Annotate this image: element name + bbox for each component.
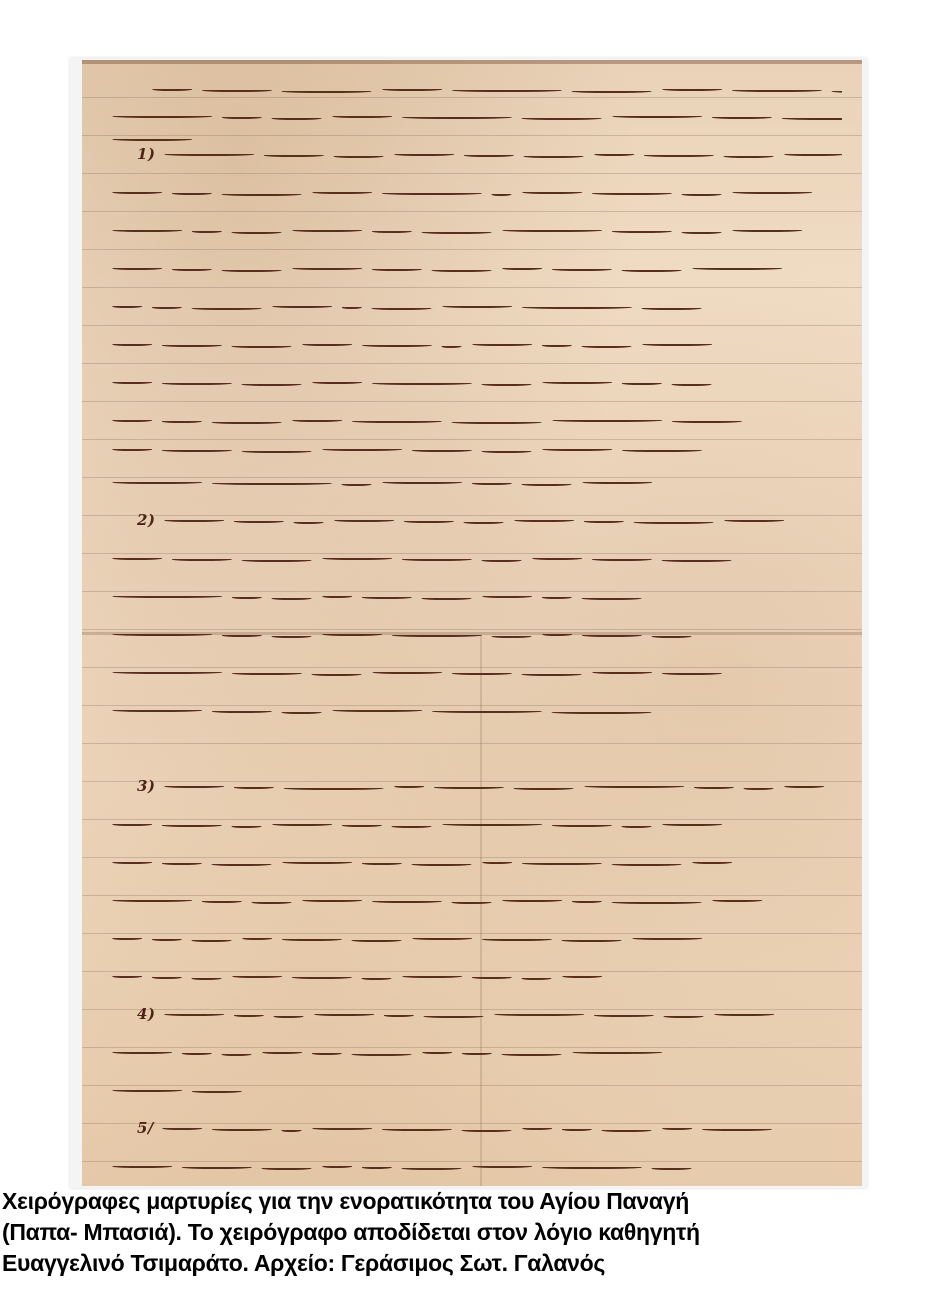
handwriting-word [393, 152, 454, 156]
handwriting-word [361, 861, 402, 865]
handwriting-word [442, 822, 543, 826]
handwriting-word [461, 1051, 492, 1055]
handwriting-word [112, 708, 203, 712]
handwritten-line [112, 663, 842, 689]
handwriting-word [412, 936, 473, 940]
handwriting-word [611, 229, 672, 233]
handwriting-word [241, 558, 312, 562]
handwriting-word [322, 1164, 353, 1168]
handwriting-word [671, 382, 712, 386]
handwritten-line [112, 967, 842, 993]
handwriting-word [312, 380, 363, 384]
handwriting-word [282, 786, 383, 790]
handwriting-word [491, 634, 532, 638]
handwriting-word [781, 116, 842, 120]
handwriting-word [731, 88, 822, 92]
handwriting-word [322, 556, 393, 560]
handwriting-word [292, 520, 323, 524]
handwriting-word [171, 267, 212, 271]
handwriting-word [332, 154, 383, 158]
handwritten-line [112, 815, 842, 841]
handwriting-word [712, 898, 763, 902]
handwriting-word [512, 786, 573, 790]
handwriting-word [401, 557, 472, 561]
handwriting-word [151, 305, 182, 309]
section-marker: 3) [137, 777, 156, 795]
handwritten-line [112, 297, 842, 323]
handwriting-word [112, 822, 153, 826]
handwriting-word [601, 1128, 652, 1132]
handwritten-line: 1) [137, 145, 842, 171]
handwriting-word [521, 672, 582, 676]
handwriting-word [151, 975, 182, 979]
handwriting-word [231, 595, 262, 599]
handwriting-word [372, 670, 443, 674]
handwritten-line [112, 411, 842, 437]
handwriting-word [391, 633, 482, 637]
handwriting-word [351, 938, 402, 942]
manuscript-image: 1)2)3)4)5/ [82, 60, 862, 1186]
handwriting-word [281, 710, 322, 714]
handwriting-word [371, 267, 422, 271]
handwriting-word [191, 306, 262, 310]
handwriting-word [112, 228, 183, 232]
handwriting-word [461, 1128, 512, 1132]
handwriting-word [231, 671, 302, 675]
handwriting-word [322, 632, 383, 636]
handwriting-word [562, 974, 603, 978]
handwriting-word [162, 1126, 203, 1130]
handwriting-word [541, 1165, 642, 1169]
section-marker: 1) [137, 145, 156, 163]
handwriting-word [262, 1050, 303, 1054]
handwriting-word [521, 976, 552, 980]
handwritten-line: 2) [137, 511, 842, 537]
handwriting-word [163, 152, 254, 156]
handwriting-word [463, 153, 514, 157]
handwriting-word [641, 306, 702, 310]
handwriting-word [621, 448, 702, 452]
handwriting-word [402, 974, 463, 978]
handwriting-word [651, 1166, 692, 1170]
handwriting-word [382, 480, 463, 484]
handwriting-word [361, 595, 412, 599]
handwriting-word [341, 823, 382, 827]
handwritten-line [112, 259, 842, 285]
handwriting-word [161, 823, 222, 827]
handwritten-line [112, 549, 842, 575]
handwriting-word [371, 899, 442, 903]
handwriting-word [311, 672, 362, 676]
handwriting-word [612, 114, 703, 118]
handwriting-word [431, 268, 492, 272]
handwriting-word [421, 596, 472, 600]
handwriting-word [291, 975, 352, 979]
handwriting-word [472, 342, 533, 346]
handwriting-word [112, 266, 163, 270]
handwriting-word [161, 343, 222, 347]
handwriting-word [163, 784, 224, 788]
handwriting-word [582, 480, 653, 484]
handwriting-word [583, 784, 684, 788]
handwriting-word [261, 1166, 312, 1170]
handwriting-word [542, 447, 613, 451]
handwriting-word [181, 1051, 212, 1055]
handwritten-line [112, 373, 842, 399]
handwriting-word [191, 1089, 242, 1093]
handwriting-word [191, 938, 232, 942]
handwritten-line [112, 221, 842, 247]
handwriting-word [621, 381, 662, 385]
handwriting-word [442, 304, 513, 308]
handwritten-line: 4) [137, 1005, 842, 1031]
handwriting-word [593, 1013, 654, 1017]
handwriting-word [611, 862, 682, 866]
handwriting-word [501, 1052, 562, 1056]
handwriting-word [371, 229, 412, 233]
handwriting-word [662, 1126, 693, 1130]
handwriting-word [112, 114, 213, 118]
handwriting-word [521, 305, 632, 309]
handwriting-word [351, 419, 442, 423]
handwriting-word [783, 784, 824, 788]
handwriting-word [151, 937, 182, 941]
handwriting-word [201, 899, 242, 903]
handwriting-word [382, 87, 443, 91]
handwriting-word [272, 822, 333, 826]
handwriting-word [292, 228, 363, 232]
handwriting-word [371, 381, 472, 385]
handwriting-word [621, 268, 682, 272]
handwriting-word [471, 975, 512, 979]
handwriting-word [481, 937, 552, 941]
handwriting-word [272, 304, 333, 308]
handwriting-word [593, 152, 634, 156]
handwriting-word [541, 343, 572, 347]
handwriting-word [112, 1164, 173, 1168]
handwriting-word [221, 633, 262, 637]
handwriting-word [722, 154, 773, 158]
handwriting-word [491, 192, 512, 196]
handwriting-word [521, 861, 602, 865]
handwriting-word [482, 594, 533, 598]
handwriting-word [451, 88, 562, 92]
handwriting-word [241, 449, 312, 453]
handwriting-word [152, 87, 193, 91]
section-marker: 4) [137, 1005, 156, 1023]
caption-line-2: (Παπα- Μπασιά). Το χειρόγραφο αποδίδεται… [2, 1217, 945, 1248]
handwriting-word [282, 860, 353, 864]
handwriting-word [401, 115, 512, 119]
handwriting-word [671, 419, 742, 423]
handwriting-word [171, 191, 212, 195]
handwriting-word [621, 824, 652, 828]
handwriting-word [643, 153, 714, 157]
handwriting-word [171, 557, 232, 561]
handwriting-word [112, 304, 143, 308]
handwriting-word [231, 344, 292, 348]
handwriting-word [313, 1012, 374, 1016]
handwriting-word [233, 785, 274, 789]
handwriting-word [281, 89, 372, 93]
handwriting-word [522, 1126, 553, 1130]
handwriting-word [221, 268, 282, 272]
handwritten-line [112, 853, 842, 879]
handwriting-word [161, 448, 232, 452]
handwritten-line: 5/ [137, 1119, 842, 1145]
handwriting-word [221, 192, 302, 196]
handwriting-word [112, 137, 193, 141]
handwriting-word [333, 518, 394, 522]
handwritten-line [112, 929, 842, 955]
handwriting-word [242, 936, 273, 940]
handwriting-word [481, 558, 522, 562]
handwriting-word [422, 1014, 483, 1018]
handwriting-word [481, 382, 532, 386]
handwriting-word [161, 419, 202, 423]
handwriting-word [451, 671, 512, 675]
handwriting-word [411, 448, 472, 452]
handwriting-word [393, 784, 424, 788]
handwriting-word [441, 344, 462, 348]
handwriting-word [341, 482, 372, 486]
handwriting-word [571, 899, 602, 903]
handwriting-word [302, 898, 363, 902]
handwriting-word [532, 556, 583, 560]
handwriting-word [112, 1050, 173, 1054]
handwriting-word [211, 862, 272, 866]
handwriting-word [322, 594, 353, 598]
handwriting-word [233, 519, 284, 523]
handwriting-word [662, 1014, 703, 1018]
handwriting-word [371, 306, 432, 310]
handwriting-word [231, 230, 282, 234]
handwriting-word [583, 519, 624, 523]
handwriting-word [591, 557, 652, 561]
handwriting-word [662, 822, 723, 826]
handwriting-word [281, 1128, 302, 1132]
handwriting-word [233, 1013, 264, 1017]
handwriting-word [422, 1050, 453, 1054]
handwriting-word [361, 1165, 392, 1169]
handwriting-word [421, 230, 492, 234]
handwriting-word [661, 671, 722, 675]
image-caption: Χειρόγραφες μαρτυρίες για την ενορατικότ… [2, 1186, 945, 1279]
handwriting-word [502, 228, 603, 232]
handwriting-word [681, 230, 722, 234]
handwriting-word [191, 229, 222, 233]
handwriting-word [251, 900, 292, 904]
handwriting-word [211, 1127, 272, 1131]
handwriting-word [693, 785, 734, 789]
handwriting-word [592, 670, 653, 674]
handwriting-word [322, 447, 403, 451]
handwriting-word [112, 480, 203, 484]
handwritten-line [112, 587, 842, 613]
handwriting-word [383, 1013, 414, 1017]
handwritten-line [112, 473, 842, 499]
handwritten-line [152, 80, 842, 106]
handwriting-word [112, 556, 163, 560]
handwriting-word [271, 596, 312, 600]
handwriting-word [332, 708, 423, 712]
handwriting-word [732, 228, 803, 232]
handwriting-word [271, 116, 322, 120]
handwriting-word [112, 936, 143, 940]
handwriting-word [522, 154, 583, 158]
handwriting-word [112, 974, 143, 978]
handwritten-line [112, 440, 842, 466]
handwriting-word [112, 380, 153, 384]
handwriting-word [292, 266, 363, 270]
handwriting-word [551, 823, 612, 827]
section-marker: 2) [137, 511, 156, 529]
handwriting-word [692, 860, 733, 864]
handwritten-line [112, 701, 842, 727]
handwriting-word [292, 418, 343, 422]
handwriting-word [302, 342, 353, 346]
handwriting-word [221, 115, 262, 119]
handwriting-word [112, 1088, 183, 1092]
handwriting-word [272, 1014, 303, 1018]
handwriting-word [403, 519, 454, 523]
handwritten-line [112, 891, 842, 917]
handwriting-word [541, 595, 572, 599]
handwritten-line: 3) [137, 777, 842, 803]
handwriting-word [502, 266, 543, 270]
handwriting-word [521, 116, 602, 120]
handwriting-word [471, 481, 512, 485]
handwriting-word [462, 520, 503, 524]
handwriting-word [112, 447, 153, 451]
handwriting-word [662, 87, 723, 91]
handwriting-word [112, 342, 153, 346]
handwriting-word [591, 191, 672, 195]
caption-line-1: Χειρόγραφες μαρτυρίες για την ενορατικότ… [2, 1186, 945, 1217]
handwriting-word [381, 191, 482, 195]
handwriting-word [742, 786, 773, 790]
handwriting-word [112, 594, 223, 598]
handwriting-word [642, 342, 713, 346]
handwriting-word [451, 900, 492, 904]
handwriting-word [542, 380, 613, 384]
handwriting-word [572, 1050, 663, 1054]
handwriting-word [312, 190, 373, 194]
handwriting-word [351, 1052, 412, 1056]
section-marker: 5/ [137, 1119, 154, 1137]
handwriting-word [161, 861, 202, 865]
handwriting-word [391, 824, 432, 828]
handwriting-word [701, 1127, 772, 1131]
handwriting-word [201, 88, 272, 92]
handwriting-word [723, 518, 784, 522]
handwriting-word [232, 974, 283, 978]
handwriting-word [401, 1166, 462, 1170]
handwriting-word [552, 418, 663, 422]
handwriting-word [661, 558, 732, 562]
handwriting-word [311, 1051, 342, 1055]
handwriting-word [581, 596, 642, 600]
handwriting-word [263, 153, 324, 157]
handwritten-line [112, 1081, 842, 1107]
handwriting-word [241, 382, 302, 386]
handwriting-word [542, 632, 573, 636]
caption-line-3: Ευαγγελινό Τσιμαράτο. Αρχείο: Γεράσιμος … [2, 1248, 945, 1279]
handwriting-word [551, 267, 612, 271]
handwritten-line [112, 183, 842, 209]
handwriting-word [431, 709, 542, 713]
handwriting-word [411, 862, 472, 866]
handwriting-word [472, 1164, 533, 1168]
handwritten-line [112, 625, 842, 651]
handwriting-word [632, 520, 713, 524]
handwriting-word [361, 976, 392, 980]
handwriting-word [632, 936, 703, 940]
handwriting-word [312, 1126, 373, 1130]
handwriting-word [561, 938, 622, 942]
paper-top-edge [82, 60, 862, 64]
handwriting-word [711, 115, 772, 119]
handwriting-word [522, 190, 583, 194]
handwriting-word [112, 670, 223, 674]
handwriting-word [181, 1165, 252, 1169]
handwriting-word [112, 632, 213, 636]
handwriting-word [502, 898, 563, 902]
handwriting-word [571, 89, 652, 93]
handwriting-word [581, 344, 632, 348]
handwriting-word [433, 785, 504, 789]
handwriting-word [211, 481, 332, 485]
handwriting-word [112, 418, 153, 422]
handwriting-word [831, 89, 842, 93]
handwritten-line [112, 1157, 842, 1183]
handwriting-word [161, 381, 232, 385]
handwriting-word [191, 976, 222, 980]
handwriting-word [231, 824, 262, 828]
handwriting-word [651, 634, 692, 638]
handwriting-word [341, 305, 362, 309]
handwriting-word [163, 518, 224, 522]
handwriting-word [271, 634, 312, 638]
handwriting-word [112, 860, 153, 864]
handwriting-word [221, 1052, 252, 1056]
handwriting-word [361, 343, 432, 347]
handwriting-word [112, 898, 193, 902]
handwriting-word [211, 420, 282, 424]
handwriting-word [381, 1127, 452, 1131]
handwriting-word [581, 633, 642, 637]
handwriting-word [513, 518, 574, 522]
handwriting-word [481, 449, 532, 453]
handwriting-word [561, 1127, 592, 1131]
handwriting-word [783, 152, 842, 156]
handwriting-word [281, 937, 342, 941]
handwritten-line [112, 335, 842, 361]
handwriting-word [332, 114, 393, 118]
handwriting-word [163, 1012, 224, 1016]
handwriting-word [692, 266, 783, 270]
handwriting-word [112, 190, 163, 194]
handwritten-line [112, 1043, 842, 1069]
handwriting-word [482, 860, 513, 864]
handwriting-word [451, 420, 542, 424]
handwriting-word [521, 482, 572, 486]
handwriting-word [681, 192, 722, 196]
handwriting-word [493, 1012, 584, 1016]
handwriting-word [732, 190, 813, 194]
handwriting-word [713, 1012, 774, 1016]
handwriting-word [211, 709, 272, 713]
